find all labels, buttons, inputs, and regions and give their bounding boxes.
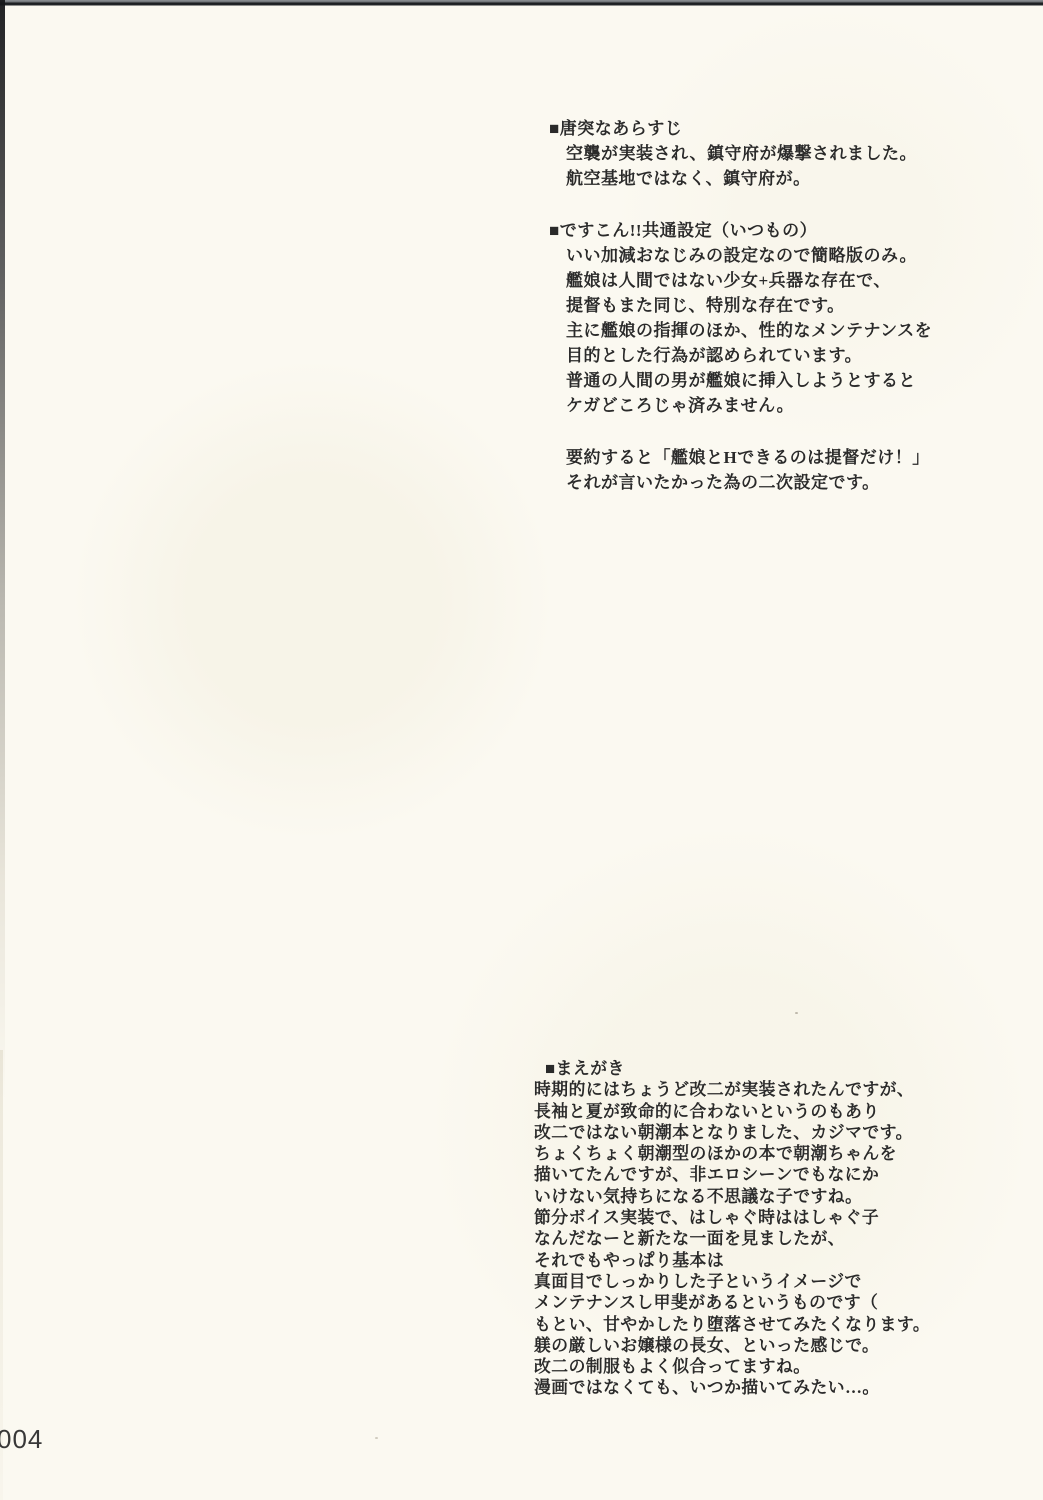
text-line: 改二の制服もよく似合ってますね。 — [534, 1356, 930, 1377]
text-line: もとい、甘やかしたり堕落させてみたくなります。 — [534, 1314, 930, 1335]
text-line: 時期的にはちょうど改二が実装されたんですが、 — [534, 1079, 930, 1100]
text-line: ちょくちょく朝潮型のほかの本で朝潮ちゃんを — [534, 1143, 930, 1164]
text-line: 艦娘は人間ではない少女+兵器な存在で、 — [566, 268, 932, 293]
text-line: 航空基地ではなく、鎮守府が。 — [566, 166, 917, 191]
text-line: ケガどころじゃ済みません。 — [566, 393, 932, 418]
text-line: 節分ボイス実装で、はしゃぐ時ははしゃぐ子 — [534, 1207, 930, 1228]
text-line: 真面目でしっかりした子というイメージで — [534, 1271, 930, 1292]
section-heading: ■まえがき — [545, 1058, 930, 1079]
text-line: 提督もまた同じ、特別な存在です。 — [566, 293, 932, 318]
text-line: 長袖と夏が致命的に合わないというのもあり — [534, 1101, 930, 1122]
scan-edge-top — [0, 0, 1043, 6]
text-line: 目的とした行為が認められています。 — [566, 343, 932, 368]
text-line: それでもやっぱり基本は — [534, 1250, 930, 1271]
text-line: メンテナンスし甲斐があるというものです（ — [534, 1292, 930, 1313]
text-line: 要約すると「艦娘とHできるのは提督だけ！」 — [566, 445, 932, 470]
text-line: いけない気持ちになる不思議な子ですね。 — [534, 1186, 930, 1207]
scan-edge-left — [0, 0, 5, 1100]
scan-speck — [375, 1437, 378, 1439]
text-line: 普通の人間の男が艦娘に挿入しようとすると — [566, 368, 932, 393]
text-line: いい加減おなじみの設定なので簡略版のみ。 — [566, 243, 932, 268]
text-line: 躾の厳しいお嬢様の長女、といった感じで。 — [534, 1335, 930, 1356]
section-foreword: ■まえがき 時期的にはちょうど改二が実装されたんですが、 長袖と夏が致命的に合わ… — [534, 1058, 930, 1399]
section-summary: 要約すると「艦娘とHできるのは提督だけ！」 それが言いたかった為の二次設定です。 — [549, 445, 932, 495]
text-line: 空襲が実装され、鎮守府が爆撃されました。 — [566, 141, 917, 166]
section-common-settings: ■ですこん!!共通設定（いつもの） いい加減おなじみの設定なので簡略版のみ。 艦… — [549, 218, 932, 495]
section-heading: ■ですこん!!共通設定（いつもの） — [549, 218, 932, 243]
text-line: 主に艦娘の指揮のほか、性的なメンテナンスを — [566, 318, 932, 343]
section-synopsis: ■唐突なあらすじ 空襲が実装され、鎮守府が爆撃されました。 航空基地ではなく、鎮… — [549, 116, 917, 191]
text-line: なんだなーと新たな一面を見ましたが、 — [534, 1228, 930, 1249]
section-heading: ■唐突なあらすじ — [549, 116, 917, 141]
scan-speck — [795, 1012, 798, 1014]
text-line: それが言いたかった為の二次設定です。 — [566, 470, 932, 495]
text-line: 描いてたんですが、非エロシーンでもなにか — [534, 1164, 930, 1185]
text-line: 改二ではない朝潮本となりました、カジマです。 — [534, 1122, 930, 1143]
text-line: 漫画ではなくても、いつか描いてみたい…。 — [534, 1377, 930, 1398]
page-number: 004 — [0, 1424, 43, 1455]
